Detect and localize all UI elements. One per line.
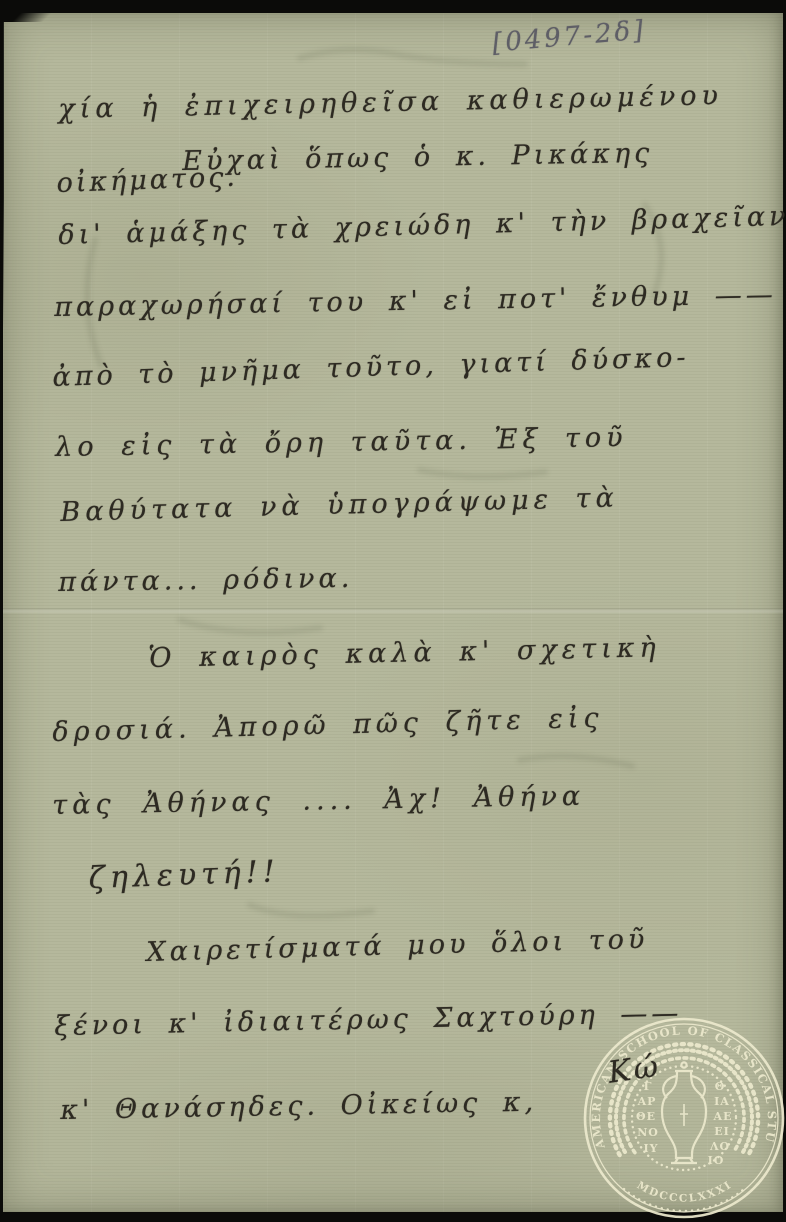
svg-text:ΛΟ: ΛΟ bbox=[709, 1140, 730, 1153]
svg-text:Θ: Θ bbox=[715, 1080, 726, 1093]
ascsa-seal: AMERICAN SCHOOL OF CLASSICAL STUDIES AT … bbox=[574, 1008, 786, 1222]
handwritten-line: ζηλευτή!! bbox=[88, 854, 280, 896]
handwritten-line: Κώ bbox=[606, 1049, 663, 1091]
svg-text:ΑΡ: ΑΡ bbox=[637, 1095, 657, 1108]
svg-text:ΘΕ: ΘΕ bbox=[636, 1110, 656, 1123]
amphora-icon bbox=[662, 1062, 706, 1163]
scanned-letter-page: [0497-2δ] χία ἡ ἐπιχειρηθεῖσα καθιερωμέν… bbox=[0, 0, 786, 1222]
svg-text:ΙΑ: ΙΑ bbox=[714, 1095, 730, 1108]
svg-text:ΕΙ: ΕΙ bbox=[714, 1125, 730, 1138]
seal-year: MDCCCLXXXI bbox=[635, 1179, 735, 1205]
svg-text:ΙΟ: ΙΟ bbox=[708, 1154, 725, 1167]
svg-text:ΙΥ: ΙΥ bbox=[644, 1142, 659, 1155]
handwritten-line: πάντα... ρόδινα. bbox=[58, 563, 353, 598]
svg-text:ΝΟ: ΝΟ bbox=[637, 1126, 659, 1139]
svg-text:ΑΕ: ΑΕ bbox=[713, 1110, 733, 1123]
